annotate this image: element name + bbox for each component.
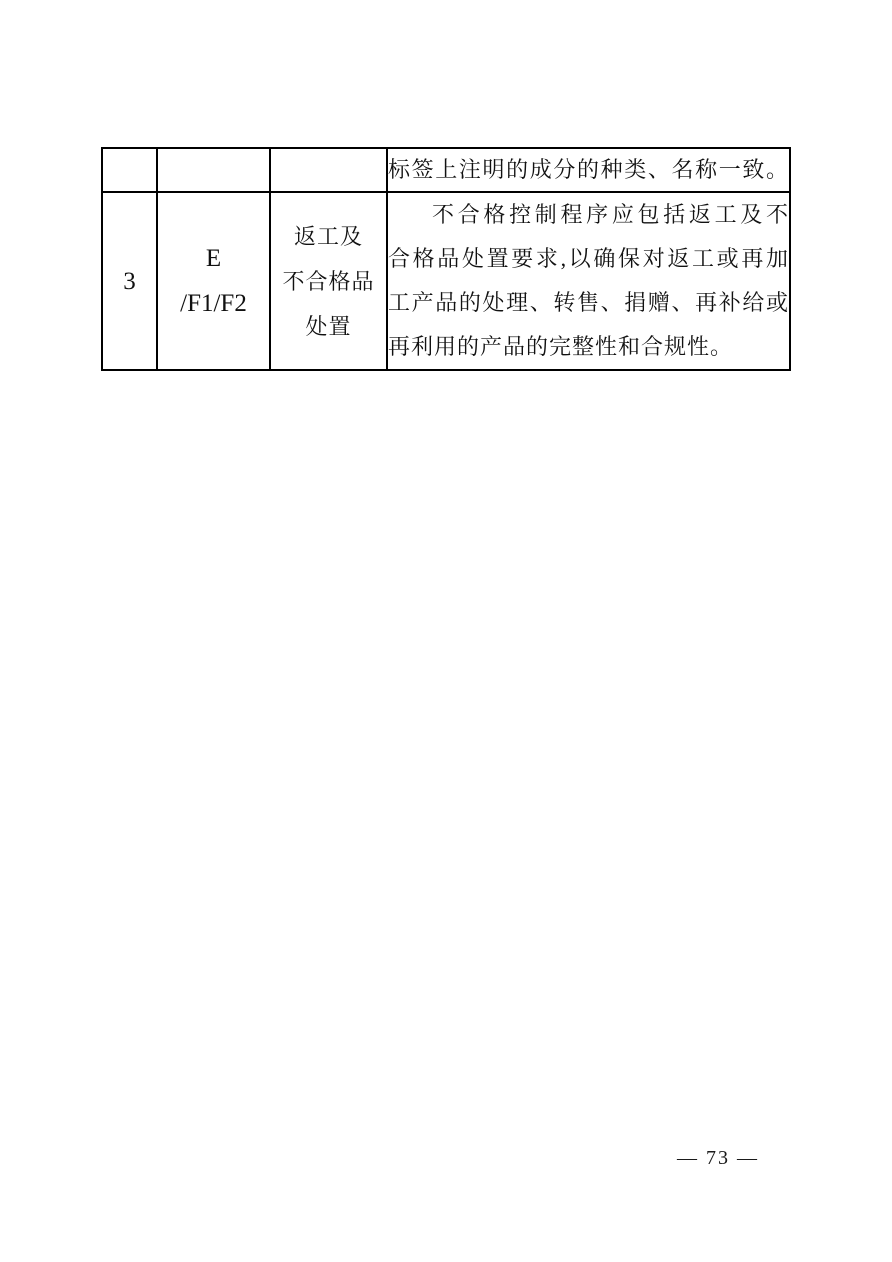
clause-code-line: E — [158, 236, 269, 281]
item-name-line: 不合格品 — [271, 259, 386, 304]
description-line: 工产品的处理、转售、捐赠、再补给或 — [388, 281, 789, 325]
nonconforming-control-table: 标签上注明的成分的种类、名称一致。 3 E /F1/F2 返工及 不合格品 处置… — [101, 147, 791, 371]
page-number: — 73 — — [677, 1147, 759, 1170]
cell-clause-code: E /F1/F2 — [157, 192, 270, 370]
cell-description: 标签上注明的成分的种类、名称一致。 — [387, 148, 790, 192]
table-row: 3 E /F1/F2 返工及 不合格品 处置 不合格控制程序应包括返工及不 合格… — [102, 192, 790, 370]
description-line: 合格品处置要求,以确保对返工或再加 — [388, 237, 789, 281]
cell-item-name: 返工及 不合格品 处置 — [270, 192, 387, 370]
description-line: 不合格控制程序应包括返工及不 — [388, 193, 789, 237]
cell-clause-code-empty — [157, 148, 270, 192]
description-line: 标签上注明的成分的种类、名称一致。 — [388, 149, 789, 191]
item-name-line: 处置 — [271, 304, 386, 349]
cell-row-number: 3 — [102, 192, 157, 370]
cell-row-number-empty — [102, 148, 157, 192]
cell-item-name-empty — [270, 148, 387, 192]
item-name-line: 返工及 — [271, 214, 386, 259]
clause-code-line: /F1/F2 — [158, 281, 269, 326]
cell-description: 不合格控制程序应包括返工及不 合格品处置要求,以确保对返工或再加 工产品的处理、… — [387, 192, 790, 370]
table-row-continuation: 标签上注明的成分的种类、名称一致。 — [102, 148, 790, 192]
description-line: 再利用的产品的完整性和合规性。 — [388, 325, 789, 369]
